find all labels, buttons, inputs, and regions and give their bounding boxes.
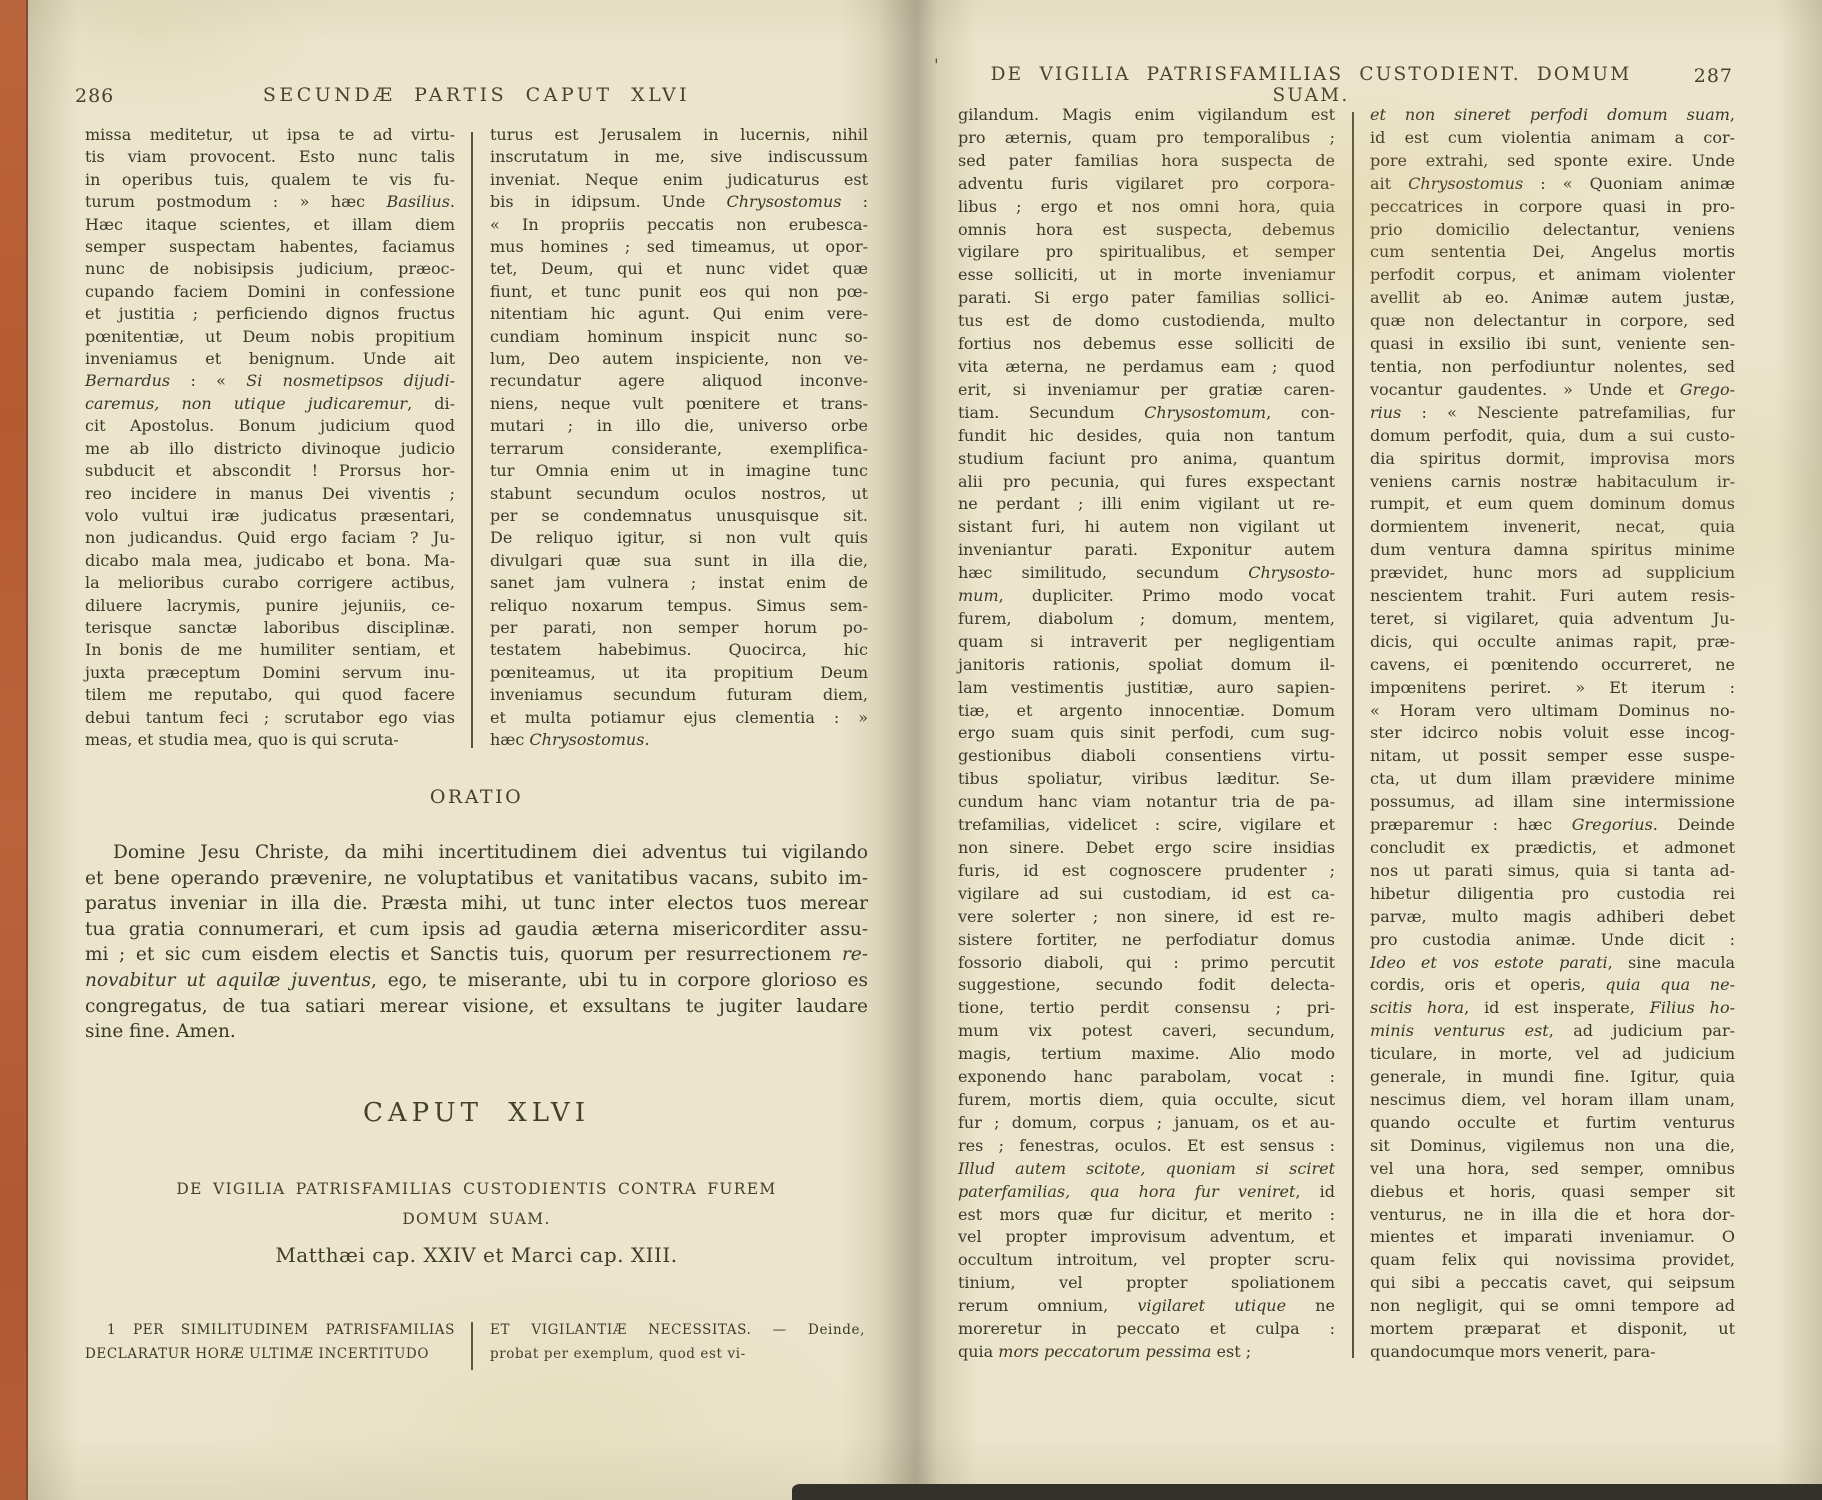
footnote-column-right: ET VIGILANTIÆ NECESSITAS. — Deinde,proba…	[490, 1318, 865, 1366]
text-line: pœniteamus, ut ita propitium Deum	[490, 662, 868, 684]
text-line: dicis, qui occulte animas rapit, præ-	[1370, 631, 1735, 654]
text-line: fossorio diaboli, qui : primo percutit	[958, 952, 1335, 975]
left-page-column-right: turus est Jerusalem in lucernis, nihilin…	[490, 124, 868, 751]
text-line: meas, et studia mea, quo is qui scruta-	[85, 729, 455, 751]
text-line: veniens carnis nostræ habitaculum ir-	[1370, 471, 1735, 494]
text-line: quandocumque mors venerit, para-	[1370, 1341, 1735, 1364]
text-line: peccatrices in corpore quasi in pro-	[1370, 196, 1735, 219]
text-line: debui tantum feci ; scrutabor ego vias	[85, 707, 455, 729]
text-line: studium faciunt pro anima, quantum	[958, 448, 1335, 471]
text-line: vita æterna, ne perdamus eam ; quod	[958, 356, 1335, 379]
footnote-column-left: 1 PER SIMILITUDINEM PATRISFAMILIASDECLAR…	[85, 1318, 455, 1366]
text-line: mus homines ; sed timeamus, ut opor-	[490, 236, 868, 258]
text-line: fur ; domum, corpus ; januam, os et au-	[958, 1112, 1335, 1135]
text-line: parati. Si ergo pater familias sollici-	[958, 287, 1335, 310]
text-line: terisque sanctæ laboribus disciplinæ.	[85, 617, 455, 639]
text-line: non judicandus. Quid ergo faciam ? Ju-	[85, 527, 455, 549]
text-line: venturus, ne in illa die et hora dor-	[1370, 1204, 1735, 1227]
text-line: magis, tertium maxime. Alio modo	[958, 1043, 1335, 1066]
text-line: ait Chrysostomus : « Quoniam animæ	[1370, 173, 1735, 196]
left-page-header: 286 SECUNDÆ PARTIS CAPUT XLVI	[85, 84, 868, 106]
running-title-right: DE VIGILIA PATRISFAMILIAS CUSTODIENT. DO…	[966, 64, 1656, 106]
text-line: rius : « Nesciente patrefamilias, fur	[1370, 402, 1735, 425]
text-line: ergo suam quis sinit perfodi, cum sug-	[958, 722, 1335, 745]
text-line: Hæc itaque scientes, et illam diem	[85, 214, 455, 236]
text-line: ticulare, in morte, vel ad judicium	[1370, 1043, 1735, 1066]
text-line: libus ; ergo et nos omni hora, quia	[958, 196, 1335, 219]
text-line: « Horam vero ultimam Dominus no-	[1370, 700, 1735, 723]
text-line: quasi in exsilio ibi sunt, veniente sen-	[1370, 333, 1735, 356]
text-line: sed pater familias hora suspecta de	[958, 150, 1335, 173]
text-line: cundiam hominum inspicit nunc so-	[490, 326, 868, 348]
text-line: per parati, non semper horum po-	[490, 617, 868, 639]
text-line: cordis, oris et operis, quia qua ne-	[1370, 974, 1735, 997]
text-line: recundatur agere aliquod inconve-	[490, 370, 868, 392]
text-line: divulgari quæ sua sunt in illa die,	[490, 550, 868, 572]
text-line: Illud autem scitote, quoniam si sciret	[958, 1158, 1335, 1181]
text-line: mortem præparat et disponit, ut	[1370, 1318, 1735, 1341]
text-line: et non sineret perfodi domum suam,	[1370, 104, 1735, 127]
text-line: testatem habebimus. Quocirca, hic	[490, 639, 868, 661]
text-line: tus est de domo custodienda, multo	[958, 310, 1335, 333]
text-line: vel propter improvisum adventum, et	[958, 1226, 1335, 1249]
text-line: novabitur ut aquilæ juventus, ego, te mi…	[85, 968, 868, 994]
text-line: suggestione, secundo fodit delecta-	[958, 974, 1335, 997]
text-line: inveniat. Neque enim judicaturus est	[490, 169, 868, 191]
text-line: nitam, ut possit semper esse suspe-	[1370, 745, 1735, 768]
text-line: omnis hora est suspecta, debemus	[958, 219, 1335, 242]
text-line: dormientem invenerit, necat, quia	[1370, 516, 1735, 539]
column-divider-right-page	[1352, 112, 1354, 1358]
text-line: adventu furis vigilaret pro corpora-	[958, 173, 1335, 196]
text-line: mum vix potest caveri, secundum,	[958, 1020, 1335, 1043]
text-line: concludit ex prædictis, et admonet	[1370, 837, 1735, 860]
text-line: furem, mortis diem, quia occulte, sicut	[958, 1089, 1335, 1112]
text-line: inveniamus et benignum. Unde ait	[85, 348, 455, 370]
text-line: diluere lacrymis, punire jejuniis, ce-	[85, 595, 455, 617]
text-line: non sinere. Debet ergo scire insidias	[958, 837, 1335, 860]
text-line: nos ut parati simus, quia si tanta ad-	[1370, 860, 1735, 883]
text-line: rumpit, et eum quem dominum domus	[1370, 493, 1735, 516]
text-line: DECLARATUR HORÆ ULTIMÆ INCERTITUDO	[85, 1342, 455, 1366]
text-line: « In propriis peccatis non erubesca-	[490, 214, 868, 236]
scanner-background-band	[792, 1484, 1822, 1500]
text-line: vocantur gaudentes. » Unde et Grego-	[1370, 379, 1735, 402]
text-line: et bene operando prævenire, ne voluptati…	[85, 866, 868, 892]
text-line: cum sententia Dei, Angelus mortis	[1370, 241, 1735, 264]
text-line: præparemur : hæc Gregorius. Deinde	[1370, 814, 1735, 837]
text-line: congregatus, de tua satiari merear visio…	[85, 994, 868, 1020]
text-line: missa meditetur, ut ipsa te ad virtu-	[85, 124, 455, 146]
text-line: mi ; et sic cum eisdem electis et Sancti…	[85, 942, 868, 968]
text-line: perfodit corpus, et animam violenter	[1370, 264, 1735, 287]
text-line: quia mors peccatorum pessima est ;	[958, 1341, 1335, 1364]
text-line: fundit hic desides, quia non tantum	[958, 425, 1335, 448]
text-line: cavens, ei pœnitendo occurreret, ne	[1370, 654, 1735, 677]
text-line: mientes et imparati inveniamur. O	[1370, 1226, 1735, 1249]
text-line: fiunt, et tunc punit eos qui non pœ-	[490, 281, 868, 303]
text-line: volo vultui iræ judicatus præsentari,	[85, 505, 455, 527]
text-line: pro æternis, quam pro temporalibus ;	[958, 127, 1335, 150]
text-line: probat per exemplum, quod est vi-	[490, 1342, 865, 1366]
text-line: mutari ; in illo die, universo orbe	[490, 415, 868, 437]
text-line: stabunt secundum oculos nostros, ut	[490, 483, 868, 505]
text-line: la melioribus curabo corrigere actibus,	[85, 572, 455, 594]
text-line: qui sibi a peccatis cavet, qui seipsum	[1370, 1272, 1735, 1295]
text-line: lam vestimentis justitiæ, auro sapien-	[958, 677, 1335, 700]
text-line: tinium, vel propter spoliationem	[958, 1272, 1335, 1295]
text-line: domum perfodit, quia, dum a sui custo-	[1370, 425, 1735, 448]
text-line: rerum omnium, vigilaret utique ne	[958, 1295, 1335, 1318]
text-line: erit, si inveniamur per gratiæ caren-	[958, 379, 1335, 402]
text-line: nescientem trahit. Furi autem resis-	[1370, 585, 1735, 608]
text-line: turum postmodum : » hæc Basilius.	[85, 191, 455, 213]
text-line: non negligit, qui se omni tempore ad	[1370, 1295, 1735, 1318]
text-line: fortius nos debemus esse solliciti de	[958, 333, 1335, 356]
text-line: sanet jam vulnera ; instat enim de	[490, 572, 868, 594]
text-line: tur Omnia enim ut in imagine tunc	[490, 460, 868, 482]
page-number-right: 287	[1694, 65, 1733, 87]
text-line: mum, dupliciter. Primo modo vocat	[958, 585, 1335, 608]
text-line: De reliquo igitur, si non vult quis	[490, 527, 868, 549]
text-line: in operibus tuis, qualem te vis fu-	[85, 169, 455, 191]
text-line: caremus, non utique judicaremur, di-	[85, 393, 455, 415]
text-line: quam felix qui novissima providet,	[1370, 1249, 1735, 1272]
book-cover-edge	[0, 0, 28, 1500]
text-line: furis, id est cognoscere prudenter ;	[958, 860, 1335, 883]
text-line: me ab illo districto divinoque judicio	[85, 438, 455, 460]
text-line: subducit et abscondit ! Prorsus hor-	[85, 460, 455, 482]
text-line: sine fine. Amen.	[85, 1019, 868, 1045]
oratio-prayer-paragraph: Domine Jesu Christe, da mihi incertitudi…	[85, 840, 868, 1045]
text-line: sit Dominus, vigilemus non una die,	[1370, 1135, 1735, 1158]
right-page-column-right: et non sineret perfodi domum suam,id est…	[1370, 104, 1735, 1364]
text-line: prio domicilio delectantur, veniens	[1370, 219, 1735, 242]
text-line: tet, Deum, qui et nunc videt quæ	[490, 258, 868, 280]
text-line: nitentiam hic agunt. Qui enim vere-	[490, 303, 868, 325]
text-line: tis viam provocent. Esto nunc talis	[85, 146, 455, 168]
text-line: cupando faciem Domini in confessione	[85, 281, 455, 303]
text-line: paratus inveniar in illa die. Præsta mih…	[85, 891, 868, 917]
text-line: id est cum violentia animam a cor-	[1370, 127, 1735, 150]
text-line: trefamilias, videlicet : scire, vigilare…	[958, 814, 1335, 837]
oratio-heading: ORATIO	[85, 786, 868, 808]
text-line: tua gratia connumerari, et cum ipsis ad …	[85, 917, 868, 943]
text-line: teret, si vigilaret, quia adventum Ju-	[1370, 608, 1735, 631]
text-line: vigilare pro spiritualibus, et semper	[958, 241, 1335, 264]
text-line: lum, Deo autem inspiciente, non ve-	[490, 348, 868, 370]
scripture-reference: Matthæi cap. XXIV et Marci cap. XIII.	[85, 1243, 868, 1267]
footnote-divider	[471, 1322, 473, 1370]
running-title-left: SECUNDÆ PARTIS CAPUT XLVI	[85, 84, 868, 106]
text-line: et multa potiamur ejus clementia : »	[490, 707, 868, 729]
text-line: per se condemnatus unusquisque sit.	[490, 505, 868, 527]
text-line: ne perdant ; illi enim vigilant ut re-	[958, 493, 1335, 516]
text-line: pore extrahi, sed sponte exire. Unde	[1370, 150, 1735, 173]
text-line: vere solerter ; non sinere, id est re-	[958, 906, 1335, 929]
text-line: hæc Chrysostomus.	[490, 729, 868, 751]
text-line: tione, tertio perdit consensu ; pri-	[958, 997, 1335, 1020]
text-line: minis venturus est, ad judicium par-	[1370, 1020, 1735, 1043]
text-line: tiæ, et argento innocentiæ. Domum	[958, 700, 1335, 723]
text-line: quando occulte et furtim venturus	[1370, 1112, 1735, 1135]
chapter-heading: CAPUT XLVI	[85, 1098, 868, 1128]
text-line: inscrutatum in me, sive indiscussum	[490, 146, 868, 168]
right-page-column-left: gilandum. Magis enim vigilandum estpro æ…	[958, 104, 1335, 1364]
text-line: DOMUM SUAM.	[85, 1204, 868, 1234]
book-scan: 286 SECUNDÆ PARTIS CAPUT XLVI missa medi…	[0, 0, 1822, 1500]
text-line: esse solliciti, ut in morte inveniamur	[958, 264, 1335, 287]
text-line: terrarum considerante, exemplifica-	[490, 438, 868, 460]
text-line: DE VIGILIA PATRISFAMILIAS CUSTODIENTIS C…	[85, 1174, 868, 1204]
text-line: hæc similitudo, secundum Chrysosto-	[958, 562, 1335, 585]
text-line: diebus et horis, quasi semper sit	[1370, 1181, 1735, 1204]
text-line: tilem me reputabo, qui quod facere	[85, 684, 455, 706]
text-line: reliquo noxarum tempus. Simus sem-	[490, 595, 868, 617]
text-line: dia spiritus dormit, improvisa mors	[1370, 448, 1735, 471]
text-line: pœnitentiæ, ut Deum nobis propitium	[85, 326, 455, 348]
text-line: possumus, ad illam sine intermissione	[1370, 791, 1735, 814]
text-line: semper suspectam habentes, faciamus	[85, 236, 455, 258]
text-line: et justitia ; perficiendo dignos fructus	[85, 303, 455, 325]
text-line: Ideo et vos estote parati, sine macula	[1370, 952, 1735, 975]
text-line: nescimus diem, vel horam illam unam,	[1370, 1089, 1735, 1112]
text-line: scitis hora, id est insperate, Filius ho…	[1370, 997, 1735, 1020]
text-line: quam si intraverit per negligentiam	[958, 631, 1335, 654]
text-line: cta, ut dum illam prævidere minime	[1370, 768, 1735, 791]
text-line: vel una hora, sed semper, omnibus	[1370, 1158, 1735, 1181]
text-line: dicabo mala mea, judicabo et bona. Ma-	[85, 550, 455, 572]
text-line: tibus spoliatur, viribus læditur. Se-	[958, 768, 1335, 791]
chapter-subtitle: DE VIGILIA PATRISFAMILIAS CUSTODIENTIS C…	[85, 1174, 868, 1234]
text-line: furem, diabolum ; domum, mentem,	[958, 608, 1335, 631]
text-line: In bonis de me humiliter sentiam, et	[85, 639, 455, 661]
text-line: turus est Jerusalem in lucernis, nihil	[490, 124, 868, 146]
right-page-header: DE VIGILIA PATRISFAMILIAS CUSTODIENT. DO…	[958, 64, 1735, 106]
text-line: moreretur in peccato et culpa :	[958, 1318, 1335, 1341]
text-line: bis in idipsum. Unde Chrysostomus :	[490, 191, 868, 213]
left-page-column-left: missa meditetur, ut ipsa te ad virtu-tis…	[85, 124, 455, 751]
text-line: avellit ab eo. Animæ autem justæ,	[1370, 287, 1735, 310]
text-line: cundum hanc viam notantur tria de pa-	[958, 791, 1335, 814]
text-line: tentia, non perfodiuntur nolentes, sed	[1370, 356, 1735, 379]
column-divider-left-page	[471, 132, 473, 748]
text-line: gestionibus diaboli consentiens virtu-	[958, 745, 1335, 768]
text-line: ET VIGILANTIÆ NECESSITAS. — Deinde,	[490, 1318, 865, 1342]
text-line: impœnitens periret. » Et iterum :	[1370, 677, 1735, 700]
text-line: sistant furi, hi autem non vigilant ut	[958, 516, 1335, 539]
text-line: parvæ, multo magis adhiberi debet	[1370, 906, 1735, 929]
text-line: est mors quæ fur dicitur, et merito :	[958, 1204, 1335, 1227]
text-line: tiam. Secundum Chrysostomum, con-	[958, 402, 1335, 425]
text-line: occultum introitum, vel propter scru-	[958, 1249, 1335, 1272]
text-line: niens, neque vult pœnitere et trans-	[490, 393, 868, 415]
text-line: alii pro pecunia, qui fures exspectant	[958, 471, 1335, 494]
text-line: vigilare ad sui custodiam, id est ca-	[958, 883, 1335, 906]
text-line: Domine Jesu Christe, da mihi incertitudi…	[85, 840, 868, 866]
text-line: inveniantur parati. Exponitur autem	[958, 539, 1335, 562]
text-line: Bernardus : « Si nosmetipsos dijudi-	[85, 370, 455, 392]
text-line: gilandum. Magis enim vigilandum est	[958, 104, 1335, 127]
text-line: dum ventura damna spiritus minime	[1370, 539, 1735, 562]
text-line: reo incidere in manus Dei viventis ;	[85, 483, 455, 505]
text-line: generale, in mundi fine. Igitur, quia	[1370, 1066, 1735, 1089]
text-line: exponendo hanc parabolam, vocat :	[958, 1066, 1335, 1089]
text-line: juxta præceptum Domini servum inu-	[85, 662, 455, 684]
page-number-left: 286	[75, 85, 114, 107]
text-line: janitoris rationis, spoliat domum il-	[958, 654, 1335, 677]
text-line: paterfamilias, qua hora fur veniret, id	[958, 1181, 1335, 1204]
text-line: res ; fenestras, oculos. Et est sensus :	[958, 1135, 1335, 1158]
text-line: sistere fortiter, ne perfodiatur domus	[958, 929, 1335, 952]
text-line: nunc de nobisipsis judicium, præoc-	[85, 258, 455, 280]
text-line: 1 PER SIMILITUDINEM PATRISFAMILIAS	[85, 1318, 455, 1342]
text-line: hibetur diligentia pro custodia rei	[1370, 883, 1735, 906]
text-line: pro custodia animæ. Unde dicit :	[1370, 929, 1735, 952]
text-line: prævidet, hunc mors ad supplicium	[1370, 562, 1735, 585]
text-line: inveniamus secundum futuram diem,	[490, 684, 868, 706]
text-line: quæ non delectantur in corpore, sed	[1370, 310, 1735, 333]
text-line: cit Apostolus. Bonum judicium quod	[85, 415, 455, 437]
stray-ink-mark: '	[934, 56, 939, 76]
text-line: ster idcirco nobis voluit esse incog-	[1370, 722, 1735, 745]
